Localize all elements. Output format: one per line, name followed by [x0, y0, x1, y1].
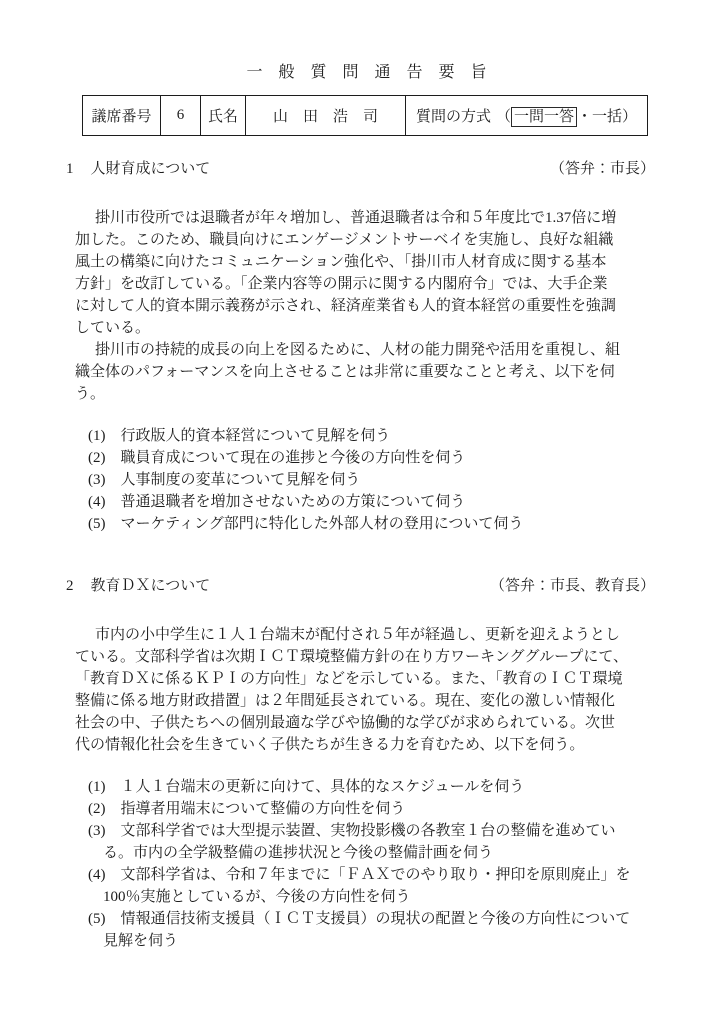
question-item: (4) 普通退職者を増加させないための方策について伺う [103, 491, 673, 513]
question-method-label: 質問の方式 [416, 109, 491, 125]
question-item: (5) 情報通信技術支援員（ＩＣＴ支援員）の現状の配置と今後の方向性について 見… [103, 908, 673, 952]
seat-number-label: 議席番号 [83, 96, 161, 136]
section-1-question-list: (1) 行政版人的資本経営について見解を伺う (2) 職員育成について現在の進捗… [103, 425, 673, 535]
method-close-paren: ） [622, 109, 637, 125]
method-separator: ・ [577, 109, 592, 125]
section-1-heading: 1人財育成について （答弁：市長） [66, 158, 655, 180]
document-page: 一 般 質 問 通 告 要 旨 議席番号 6 氏名 山 田 浩 司 質問の方式（… [0, 0, 724, 1024]
section-1-respondent: （答弁：市長） [550, 158, 655, 180]
seat-number-value: 6 [161, 96, 201, 136]
section-2-respondent: （答弁：市長、教育長） [490, 575, 655, 597]
document-title: 一 般 質 問 通 告 要 旨 [66, 62, 655, 84]
section-2-number: 2 [66, 578, 74, 594]
section-1-paragraph: 掛川市役所では退職者が年々増加し、普通退職者は令和５年度比で1.37倍に増 加し… [75, 207, 655, 339]
section-2-heading: 2教育ＤＸについて （答弁：市長、教育長） [66, 575, 655, 597]
section-1-title-group: 1人財育成について [66, 158, 210, 180]
question-item: (1) 行政版人的資本経営について見解を伺う [103, 425, 673, 447]
section-2-paragraph: 市内の小中学生に１人１台端末が配付され５年が経過し、更新を迎えようとし ている。… [75, 624, 655, 756]
method-open-paren: （ [496, 109, 511, 125]
question-item: (2) 指導者用端末について整備の方向性を伺う [103, 798, 673, 820]
section-1-paragraph: 掛川市の持続的成長の向上を図るために、人材の能力開発や活用を重視し、組 織全体の… [75, 339, 655, 405]
section-1-number: 1 [66, 161, 74, 177]
section-2-title-group: 2教育ＤＸについて [66, 575, 210, 597]
questioner-info-row: 議席番号 6 氏名 山 田 浩 司 質問の方式（一問一答・一括） [83, 96, 648, 136]
question-item: (3) 文部科学省では大型提示装置、実物投影機の各教室１台の整備を進めてい る。… [103, 820, 673, 864]
question-item: (4) 文部科学省は、令和７年までに「ＦＡＸでのやり取り・押印を原則廃止」を 1… [103, 864, 673, 908]
method-option-selected: 一問一答 [511, 107, 577, 127]
name-value: 山 田 浩 司 [246, 96, 406, 136]
section-1-title: 人財育成について [91, 161, 211, 177]
question-method-cell: 質問の方式（一問一答・一括） [406, 96, 648, 136]
question-item: (3) 人事制度の変革について見解を伺う [103, 469, 673, 491]
method-option-alternative: 一括 [592, 109, 622, 125]
section-2-title: 教育ＤＸについて [91, 578, 211, 594]
section-2-kyoiku-dx: 2教育ＤＸについて （答弁：市長、教育長） 市内の小中学生に１人１台端末が配付さ… [66, 575, 655, 952]
question-item: (5) マーケティング部門に特化した外部人材の登用について伺う [103, 513, 673, 535]
questioner-info-table: 議席番号 6 氏名 山 田 浩 司 質問の方式（一問一答・一括） [82, 95, 648, 136]
question-item: (2) 職員育成について現在の進捗と今後の方向性を伺う [103, 447, 673, 469]
name-label: 氏名 [201, 96, 246, 136]
section-1-jinzai-ikusei: 1人財育成について （答弁：市長） 掛川市役所では退職者が年々増加し、普通退職者… [66, 158, 655, 535]
section-2-question-list: (1) １人１台端末の更新に向けて、具体的なスケジュールを伺う (2) 指導者用… [103, 776, 673, 952]
question-item: (1) １人１台端末の更新に向けて、具体的なスケジュールを伺う [103, 776, 673, 798]
